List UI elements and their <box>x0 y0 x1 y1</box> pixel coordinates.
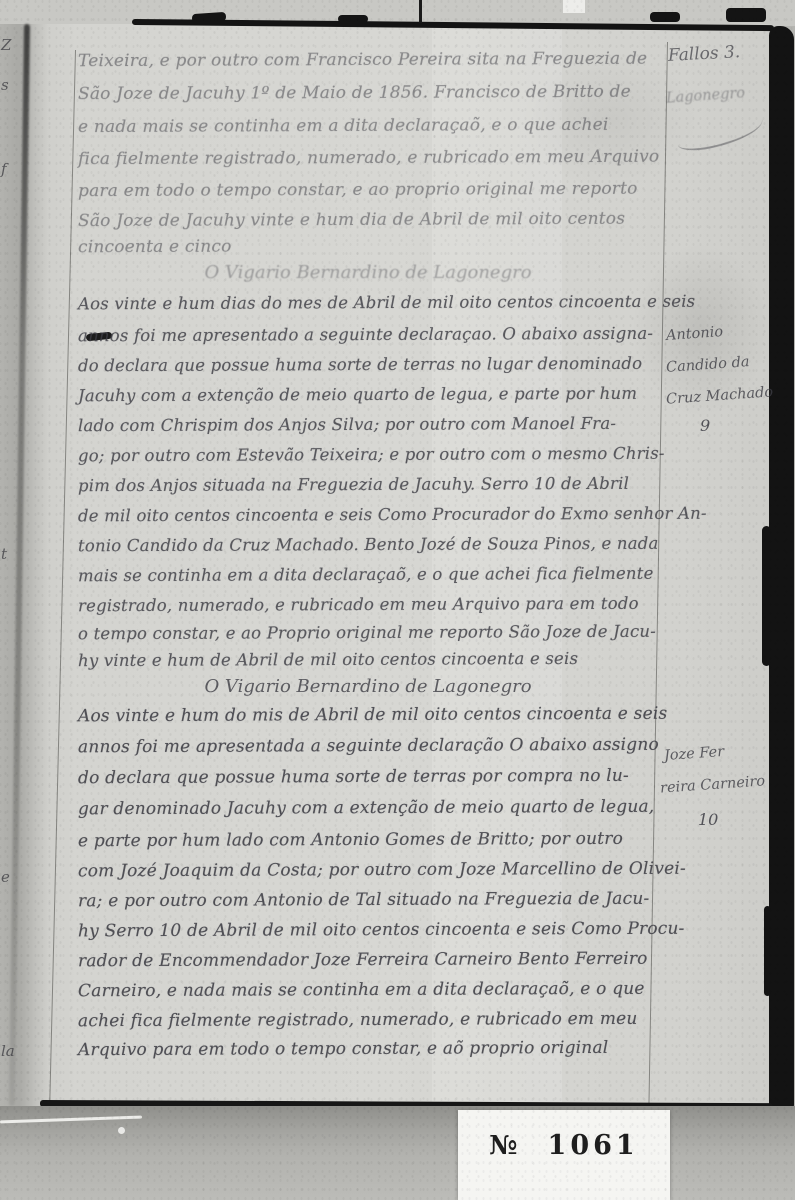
handwriting-line: Aos vinte e hum dias do mes de Abril de … <box>78 292 695 314</box>
handwriting-line: hy Serro 10 de Abril de mil oito centos … <box>78 919 685 942</box>
handwriting-line: o tempo constar, e ao Proprio original m… <box>78 622 656 644</box>
facing-page-fragment: t <box>1 545 7 563</box>
facing-page-fragment: e <box>1 868 10 886</box>
handwriting-line: do declara que possue huma sorte de terr… <box>78 354 642 375</box>
book-edge-blob <box>726 8 766 22</box>
margin-record-number: 10 <box>698 810 718 829</box>
handwriting-line: hy vinte e hum de Abril de mil oito cent… <box>78 649 578 670</box>
scan-background-bottom <box>0 1106 795 1200</box>
handwriting-line: achei fica fielmente registrado, numerad… <box>78 1009 638 1031</box>
margin-record-number: 9 <box>700 416 710 435</box>
handwriting-line: gar denominado Jacuhy com a extenção de … <box>78 797 654 820</box>
film-scratch-dot <box>118 1127 125 1134</box>
handwriting-line: ra; e por outro com Antonio de Tal situa… <box>78 889 650 911</box>
handwriting-line: com Jozé Joaquim da Costa; por outro com… <box>78 859 686 882</box>
handwriting-line: pim dos Anjos situada na Freguezia de Ja… <box>78 474 629 495</box>
handwriting-line: de mil oito centos cincoenta e seis Como… <box>78 504 707 526</box>
handwriting-line: mais se continha em a dita declaraçaõ, e… <box>78 564 654 586</box>
record-heading: O Vigario Bernardino de Lagonegro <box>88 676 648 697</box>
numero-symbol: № <box>489 1131 517 1161</box>
handwriting-line: Carneiro, e nada mais se continha em a d… <box>78 979 645 1001</box>
film-notch <box>563 0 585 13</box>
handwriting-line: Aos vinte e hum do mis de Abril de mil o… <box>78 704 667 727</box>
handwriting-line: tonio Candido da Cruz Machado. Bento Joz… <box>78 534 659 556</box>
handwriting-line: São Joze de Jacuhy 1º de Maio de 1856. F… <box>78 82 631 104</box>
handwriting-line: Jacuhy com a extenção de meio quarto de … <box>78 384 637 405</box>
handwriting-line: lado com Chrispim dos Anjos Silva; por o… <box>78 414 616 435</box>
facing-page-fragment: f <box>1 160 7 178</box>
handwriting-line: rador de Encommendador Joze Ferreira Car… <box>78 949 648 971</box>
book-edge-blob <box>650 12 680 22</box>
folio-number: Fallos 3. <box>668 42 741 66</box>
record-heading: O Vigario Bernardino de Lagonegro <box>88 262 648 283</box>
handwriting-line: Teixeira, e por outro com Francisco Pere… <box>78 49 647 71</box>
catalog-number: 1061 <box>548 1130 639 1161</box>
handwriting-line: Arquivo para em todo o tempo constar, e … <box>78 1038 609 1060</box>
book-edge-blob <box>338 15 368 23</box>
facing-page-fragment: s <box>1 76 9 94</box>
handwriting-line: para em todo o tempo constar, e ao propr… <box>78 179 638 201</box>
handwriting-line: do declara que possue huma sorte de terr… <box>78 766 629 788</box>
book-right-edge <box>769 26 794 1122</box>
facing-page-fragment: la <box>1 1042 15 1060</box>
scanned-register-page: Z s f t e la Fallos 3. Teixeira, e por o… <box>0 0 795 1200</box>
handwriting-line: cincoenta e cinco <box>78 237 232 258</box>
facing-page-fragment: Z <box>1 36 11 54</box>
film-tick-mark <box>419 0 422 23</box>
handwriting-line: São Joze de Jacuhy vinte e hum dia de Ab… <box>78 209 625 231</box>
handwriting-line: registrado, numerado, e rubricado em meu… <box>78 594 639 615</box>
handwriting-line: annos foi me apresentado a seguinte decl… <box>78 324 653 346</box>
handwriting-line: fica fielmente registrado, numerado, e r… <box>78 147 659 170</box>
handwriting-line: go; por outro com Estevão Teixeira; e po… <box>78 444 665 466</box>
handwriting-line: e nada mais se continha em a dita declar… <box>78 115 609 137</box>
catalog-number-label: № 1061 <box>458 1110 670 1200</box>
handwriting-line: e parte por hum lado com Antonio Gomes d… <box>78 829 623 851</box>
handwriting-line: annos foi me apresentada a seguinte decl… <box>78 735 659 758</box>
